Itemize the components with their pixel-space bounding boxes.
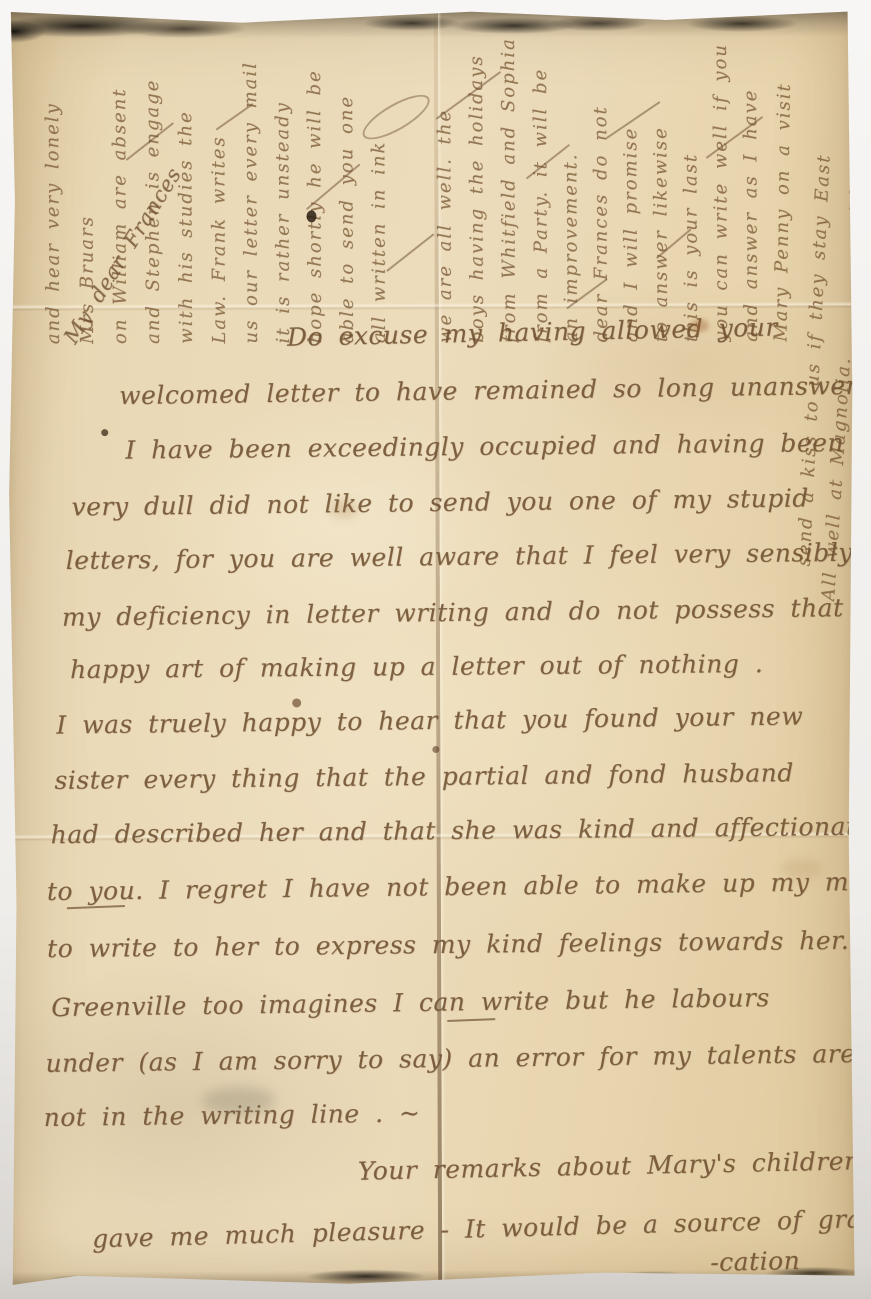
- body-line: -cation: [710, 1246, 801, 1277]
- body-line: happy art of making up a letter out of n…: [70, 649, 763, 684]
- cross-writing-line: it is rather unsteady: [272, 48, 294, 343]
- body-line: Greenville too imagines I can write but …: [51, 983, 770, 1022]
- body-line: I was truely happy to hear that you foun…: [56, 701, 803, 739]
- cross-writing-line: and hear very lonely: [42, 74, 64, 344]
- cross-writing-line: Mary Penny on a visit: [770, 42, 795, 342]
- pen-stroke: [386, 233, 434, 272]
- cross-writing-line: dear Frances do not: [590, 47, 612, 342]
- cross-writing-line: on William are absent: [109, 54, 131, 344]
- cross-writing-line: an improvement.: [560, 82, 582, 342]
- cross-writing-line: to answer likewise: [650, 72, 672, 342]
- cross-writing-line: boys having the holidays: [466, 33, 488, 343]
- body-line: I have been exceedingly occupied and hav…: [125, 428, 844, 465]
- cross-writing-line: with his studies the: [175, 59, 197, 344]
- ink-spot: [432, 746, 439, 753]
- cross-writing-line: from Whitfield and Sophia: [498, 31, 520, 343]
- cross-writing-line: Law. Frank writes: [208, 74, 230, 344]
- letter-page: and hear very lonely Mrs Bruars on Willi…: [6, 7, 856, 1288]
- underline-can: [447, 1018, 495, 1022]
- body-line: welcomed letter to have remained so long…: [119, 370, 871, 410]
- cross-writing-line: able to send you one: [336, 58, 358, 343]
- cross-writing-line: from a Party. it will be: [530, 43, 552, 343]
- cross-writing-line: all written in ink: [368, 68, 390, 343]
- body-line: under (as I am sorry to say) an error fo…: [45, 1039, 855, 1078]
- body-line: my deficiency in letter writing and do n…: [62, 593, 844, 632]
- cross-writing-line: and answer as I have: [740, 37, 762, 342]
- cross-writing-line: and I will promise: [620, 62, 642, 342]
- cross-writing-line: Adieu dearest: [846, 31, 871, 217]
- body-line: Your remarks about Mary's children.: [358, 1146, 870, 1186]
- cross-writing-line: we are all well. the: [434, 38, 456, 343]
- cross-writing-line: us our letter every mail: [240, 44, 262, 344]
- body-line: gave me much pleasure - It would be a so…: [92, 1203, 871, 1253]
- cross-writing-block: and hear very lonely Mrs Bruars on Willi…: [6, 7, 852, 10]
- ink-spot: [101, 429, 108, 436]
- cross-writing-line: this is your last: [680, 67, 702, 342]
- body-line: very dull did not like to send you one o…: [71, 483, 809, 521]
- body-line: Do excuse my having allowed your: [287, 313, 778, 352]
- body-line: to write to her to express my kind feeli…: [47, 926, 849, 963]
- cross-writing-line: you can write well if you: [710, 37, 732, 342]
- body-line: sister every thing that the partial and …: [54, 758, 794, 795]
- ink-spot: [292, 698, 301, 707]
- cross-writing-line: hope shortly he will be: [304, 43, 326, 343]
- body-line: to you. I regret I have not been able to…: [47, 867, 871, 906]
- body-line: not in the writing line . ~: [43, 1098, 420, 1132]
- body-line: letters, for you are well aware that I f…: [66, 538, 853, 575]
- body-line: had described her and that she was kind …: [51, 812, 871, 850]
